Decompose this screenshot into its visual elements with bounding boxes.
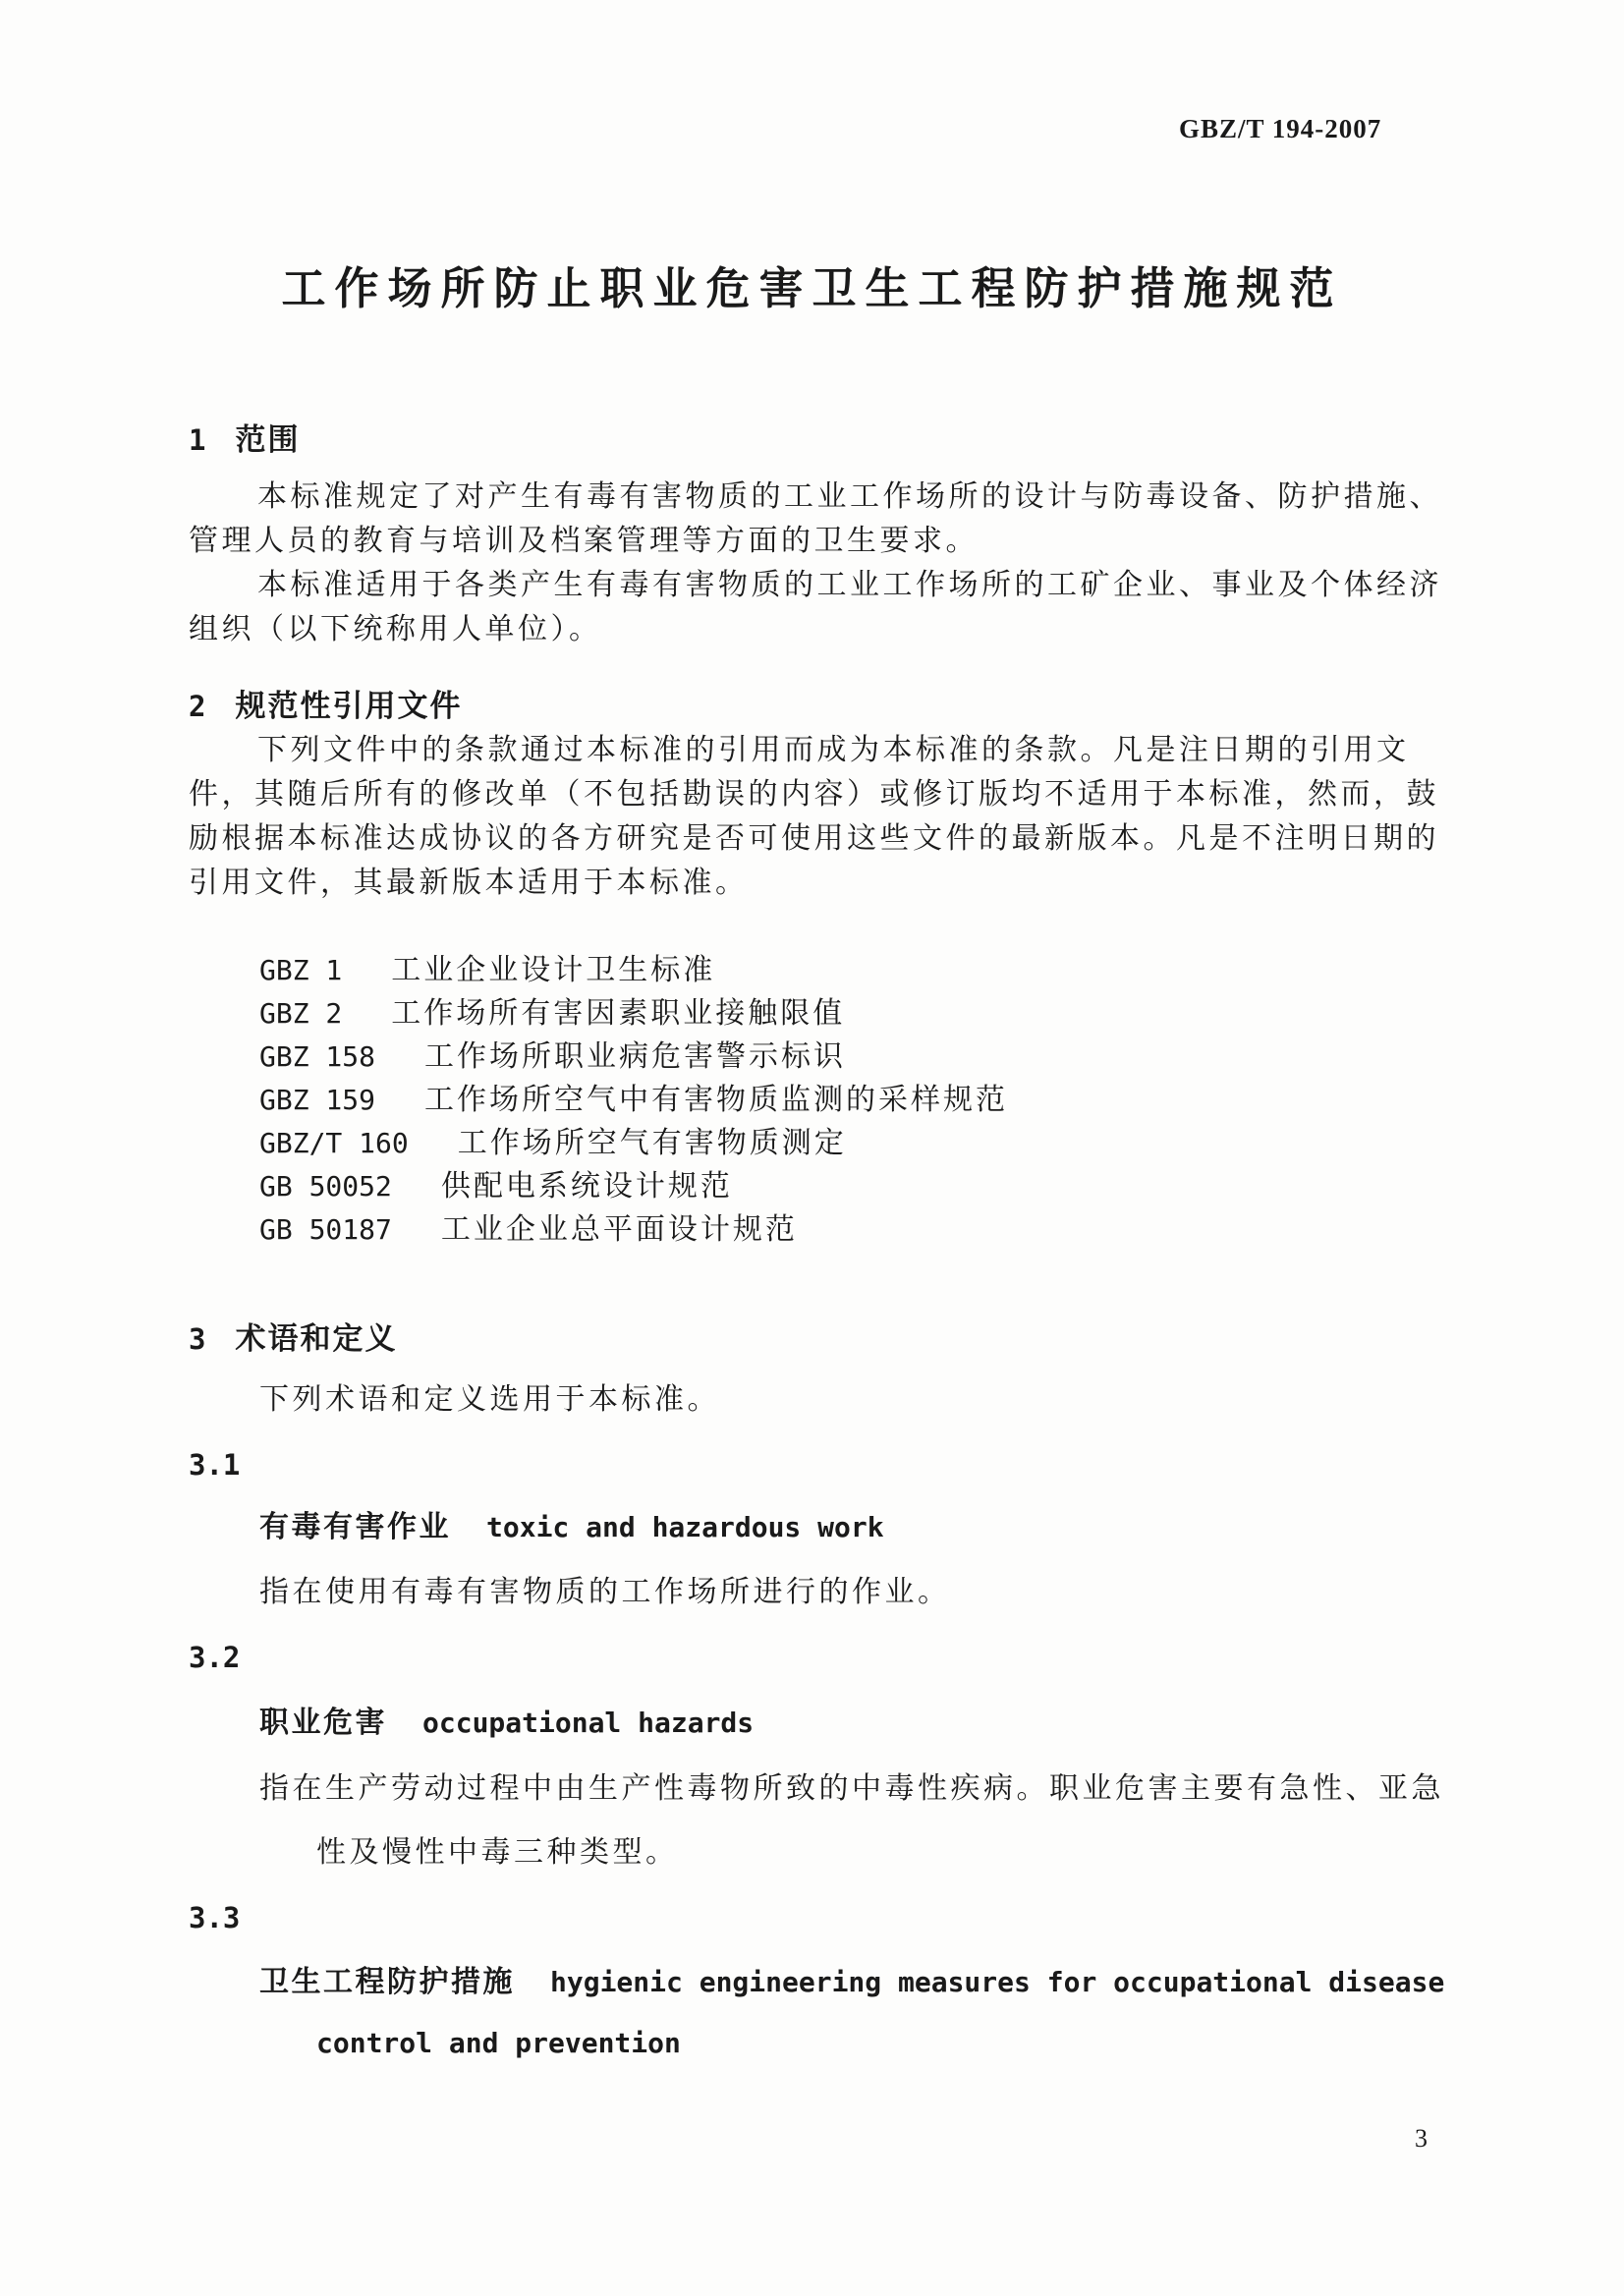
reference-item: GB 50187工业企业总平面设计规范	[259, 1208, 1008, 1252]
section-1-heading: 1范围	[189, 422, 300, 458]
reference-code: GBZ 1	[259, 954, 342, 986]
document-title: 工作场所防止职业危害卫生工程防护措施规范	[0, 263, 1624, 314]
term-definition-3-2-line-1: 指在生产劳动过程中由生产性毒物所致的中毒性疾病。职业危害主要有急性、亚急	[259, 1772, 1444, 1807]
reference-item: GB 50052供配电系统设计规范	[259, 1165, 1008, 1208]
term-heading-3-1: 有毒有害作业toxic and hazardous work	[259, 1511, 884, 1545]
scope-paragraph-2-line-2: 组织（以下统称用人单位）。	[189, 613, 602, 647]
section-2-label: 规范性引用文件	[235, 689, 462, 723]
term-zh-3-1: 有毒有害作业	[259, 1511, 451, 1543]
term-number-3-3: 3.3	[189, 1902, 240, 1934]
scope-paragraph-1-line-1: 本标准规定了对产生有毒有害物质的工业工作场所的设计与防毒设备、防护措施、	[257, 480, 1442, 515]
reference-item: GBZ 2工作场所有害因素职业接触限值	[259, 992, 1008, 1036]
reference-code: GBZ/T 160	[259, 1127, 409, 1159]
reference-code: GBZ 158	[259, 1040, 375, 1073]
refs-paragraph-line-3: 励根据本标准达成协议的各方研究是否可使用这些文件的最新版本。凡是不注明日期的	[189, 822, 1439, 857]
reference-code: GB 50052	[259, 1170, 392, 1203]
term-definition-3-2-line-2: 性及慢性中毒三种类型。	[316, 1836, 679, 1871]
term-number-3-1: 3.1	[189, 1449, 240, 1482]
reference-code: GBZ 2	[259, 997, 342, 1030]
reference-title: 工业企业总平面设计规范	[441, 1213, 798, 1246]
reference-title: 工作场所职业病危害警示标识	[424, 1040, 846, 1073]
term-zh-3-3: 卫生工程防护措施	[259, 1966, 515, 1998]
reference-item: GBZ/T 160工作场所空气有害物质测定	[259, 1122, 1008, 1165]
scope-paragraph-1-line-2: 管理人员的教育与培训及档案管理等方面的卫生要求。	[189, 525, 979, 559]
reference-title: 工作场所空气中有害物质监测的采样规范	[424, 1084, 1008, 1116]
section-3-number: 3	[189, 1322, 207, 1356]
terms-intro: 下列术语和定义选用于本标准。	[259, 1383, 720, 1418]
reference-item: GBZ 158工作场所职业病危害警示标识	[259, 1036, 1008, 1079]
term-heading-3-2: 职业危害occupational hazards	[259, 1707, 754, 1741]
reference-code: GB 50187	[259, 1213, 392, 1246]
reference-title: 工作场所空气有害物质测定	[458, 1127, 847, 1159]
term-en-3-1: toxic and hazardous work	[486, 1511, 884, 1543]
refs-paragraph-line-4: 引用文件，其最新版本适用于本标准。	[189, 867, 749, 901]
section-3-heading: 3术语和定义	[189, 1321, 397, 1357]
section-1-label: 范围	[235, 422, 300, 457]
page-number: 3	[1415, 2124, 1428, 2154]
reference-item: GBZ 159工作场所空气中有害物质监测的采样规范	[259, 1079, 1008, 1122]
section-2-heading: 2规范性引用文件	[189, 689, 462, 724]
term-en-3-3-continuation: control and prevention	[316, 2028, 681, 2059]
section-3-label: 术语和定义	[235, 1321, 397, 1356]
scope-paragraph-2-line-1: 本标准适用于各类产生有毒有害物质的工业工作场所的工矿企业、事业及个体经济	[257, 569, 1442, 603]
reference-title: 工作场所有害因素职业接触限值	[391, 997, 845, 1030]
reference-code: GBZ 159	[259, 1084, 375, 1116]
reference-title: 供配电系统设计规范	[441, 1170, 733, 1203]
term-en-3-2: occupational hazards	[422, 1707, 754, 1739]
refs-paragraph-line-2: 件，其随后所有的修改单（不包括勘误的内容）或修订版均不适用于本标准，然而，鼓	[189, 778, 1439, 812]
reference-title: 工业企业设计卫生标准	[391, 954, 715, 986]
term-definition-3-1: 指在使用有毒有害物质的工作场所进行的作业。	[259, 1576, 951, 1610]
standard-code: GBZ/T 194-2007	[1179, 114, 1381, 144]
refs-paragraph-line-1: 下列文件中的条款通过本标准的引用而成为本标准的条款。凡是注日期的引用文	[257, 734, 1410, 768]
term-heading-3-3: 卫生工程防护措施hygienic engineering measures fo…	[259, 1966, 1444, 2000]
section-2-number: 2	[189, 690, 207, 723]
reference-item: GBZ 1工业企业设计卫生标准	[259, 949, 1008, 992]
section-1-number: 1	[189, 423, 207, 457]
term-en-3-3: hygienic engineering measures for occupa…	[550, 1966, 1444, 1998]
term-zh-3-2: 职业危害	[259, 1707, 387, 1739]
document-page: GBZ/T 194-2007 工作场所防止职业危害卫生工程防护措施规范 1范围 …	[0, 0, 1624, 2296]
term-number-3-2: 3.2	[189, 1642, 240, 1674]
normative-reference-list: GBZ 1工业企业设计卫生标准 GBZ 2工作场所有害因素职业接触限值 GBZ …	[259, 949, 1008, 1252]
